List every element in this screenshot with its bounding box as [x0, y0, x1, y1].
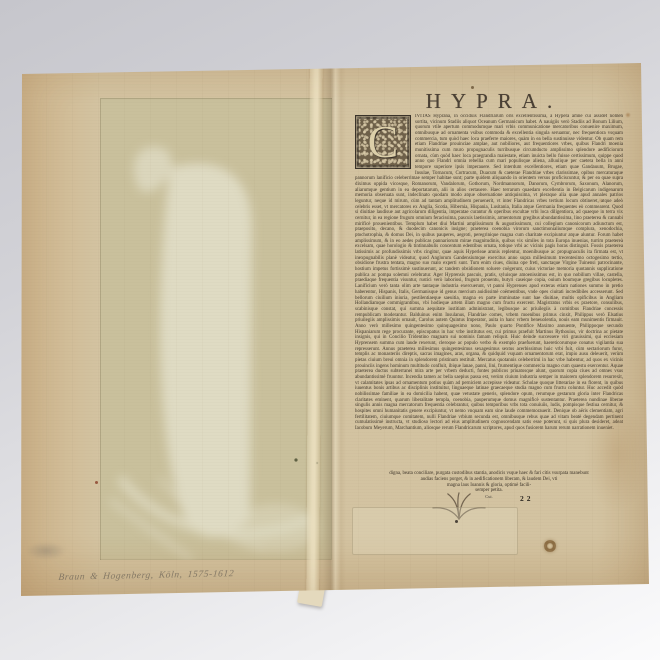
- paper-vignette: [20, 58, 650, 598]
- map-sheet: HYPRA. CIVITAS Hyprana, in occiduis Flan…: [20, 58, 650, 598]
- photo-backdrop: HYPRA. CIVITAS Hyprana, in occiduis Flan…: [0, 0, 660, 660]
